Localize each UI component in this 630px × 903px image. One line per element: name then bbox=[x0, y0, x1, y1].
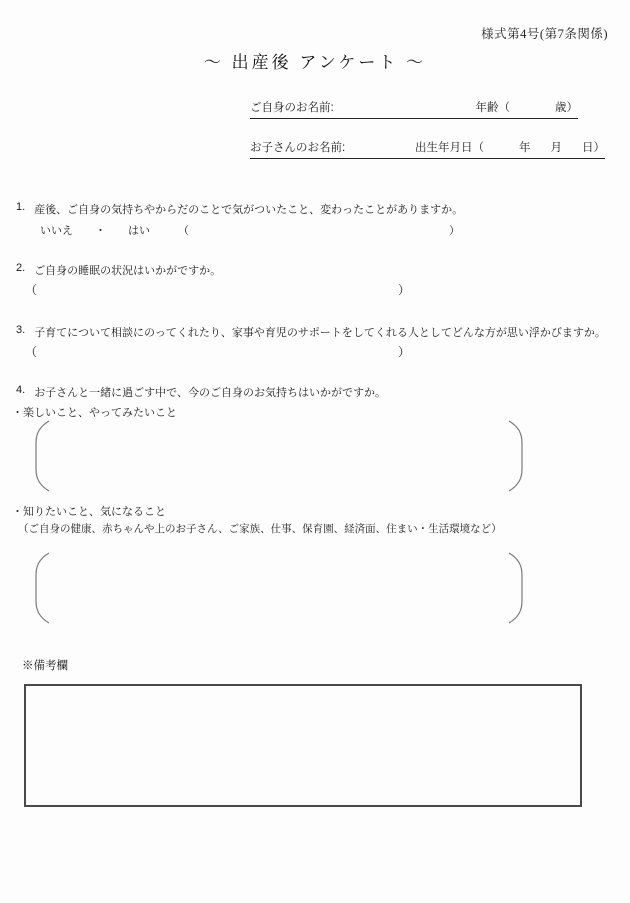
question-4: 4. お子さんと一緒に過ごす中で、今のご自身のお気持ちはいかがですか。 bbox=[16, 384, 386, 400]
self-name-field: ご自身のお名前: 年齢（ 歳） bbox=[250, 99, 578, 119]
answer-close-paren: ） bbox=[449, 222, 460, 238]
question-2: 2. ご自身の睡眠の状況はいかがですか。 bbox=[16, 262, 221, 278]
question-1-answer-line: いいえ ・ はい （ ） bbox=[40, 222, 460, 238]
answer-close-paren: ） bbox=[398, 343, 410, 360]
question-4-sub2-hint: （ご自身の健康、赤ちゃんや上のお子さん、ご家族、仕事、保育園、経済面、住まい・生… bbox=[18, 521, 502, 536]
answer-close-paren: ） bbox=[398, 281, 410, 298]
option-yes: はい bbox=[128, 222, 150, 238]
age-close-label: 歳） bbox=[555, 99, 578, 115]
question-1-number: 1. bbox=[16, 201, 25, 217]
child-name-field: お子さんのお名前: 出生年月日（ 年 月 日） bbox=[250, 139, 605, 159]
left-paren-shape bbox=[34, 420, 50, 492]
question-2-text: ご自身の睡眠の状況はいかがですか。 bbox=[34, 262, 221, 278]
question-3-number: 3. bbox=[16, 324, 25, 340]
question-2-answer-line: （ ） bbox=[25, 281, 410, 298]
right-paren-shape bbox=[508, 552, 524, 624]
question-4-sub1: ・楽しいこと、やってみたいこと bbox=[12, 404, 177, 420]
page-title: 〜 出産後 アンケート 〜 bbox=[0, 48, 630, 73]
question-1: 1. 産後、ご自身の気持ちやからだのことで気がついたこと、変わったことがあります… bbox=[16, 201, 463, 217]
question-1-text: 産後、ご自身の気持ちやからだのことで気がついたこと、変わったことがありますか。 bbox=[34, 201, 463, 217]
self-name-label: ご自身のお名前: bbox=[250, 99, 334, 115]
remarks-label: ※備考欄 bbox=[22, 657, 68, 673]
birth-year-label: 年 bbox=[519, 139, 531, 155]
birth-day-label: 日） bbox=[582, 139, 605, 155]
birth-month-label: 月 bbox=[551, 139, 563, 155]
remarks-box bbox=[24, 684, 582, 807]
question-3: 3. 子育てについて相談にのってくれたり、家事や育児のサポートをしてくれる人とし… bbox=[16, 324, 606, 340]
question-4-text: お子さんと一緒に過ごす中で、今のご自身のお気持ちはいかがですか。 bbox=[34, 384, 386, 400]
question-3-answer-line: （ ） bbox=[25, 343, 410, 360]
birth-date-open-label: 出生年月日（ bbox=[415, 139, 484, 155]
form-number: 様式第4号(第7条関係) bbox=[481, 24, 608, 42]
answer-open-paren: （ bbox=[178, 222, 189, 238]
answer-open-paren: （ bbox=[25, 281, 37, 298]
free-answer-area-1 bbox=[34, 420, 524, 492]
child-name-label: お子さんのお名前: bbox=[250, 139, 345, 155]
left-paren-shape bbox=[34, 552, 50, 624]
question-4-number: 4. bbox=[16, 384, 25, 400]
question-3-text: 子育てについて相談にのってくれたり、家事や育児のサポートをしてくれる人としてどん… bbox=[34, 324, 606, 340]
question-4-sub2: ・知りたいこと、気になること bbox=[12, 503, 166, 519]
questionnaire-document: 様式第4号(第7条関係) 〜 出産後 アンケート 〜 ご自身のお名前: 年齢（ … bbox=[0, 0, 630, 903]
answer-open-paren: （ bbox=[25, 343, 37, 360]
right-paren-shape bbox=[508, 420, 524, 492]
option-separator: ・ bbox=[95, 222, 106, 238]
free-answer-area-2 bbox=[34, 552, 524, 624]
age-open-label: 年齢（ bbox=[476, 99, 511, 115]
option-no: いいえ bbox=[40, 222, 73, 238]
question-2-number: 2. bbox=[16, 262, 25, 278]
